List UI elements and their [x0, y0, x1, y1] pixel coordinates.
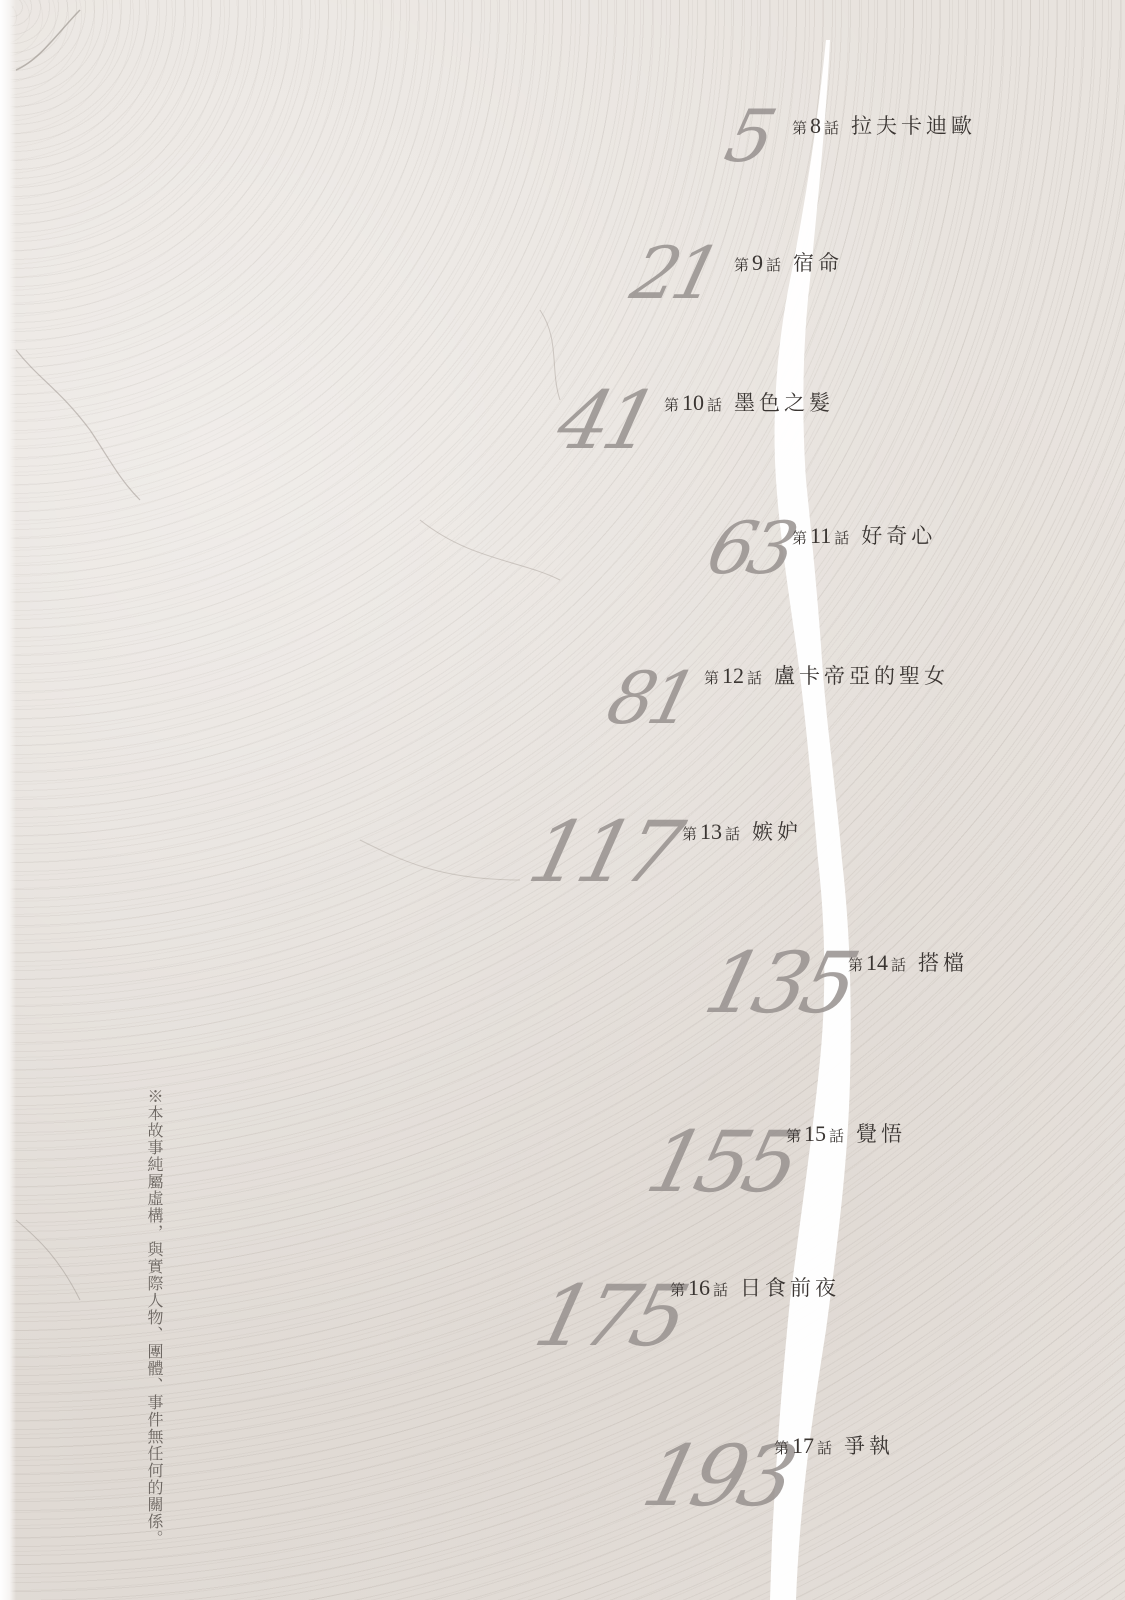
page-number: 117 — [522, 810, 685, 894]
chapter-title: 拉夫卡迪歐 — [851, 114, 976, 138]
page-number: 155 — [640, 1120, 803, 1204]
toc-entry[interactable]: 5 第8話拉夫卡迪歐 — [720, 90, 1020, 170]
chapter-title: 宿命 — [793, 251, 843, 275]
toc-entry[interactable]: 135 第14話搭檔 — [702, 925, 1002, 1005]
chapter-title: 爭執 — [844, 1434, 894, 1458]
toc-entry[interactable]: 117 第13話嫉妒 — [528, 790, 828, 870]
chapter-label: 第16話日食前夜 — [670, 1272, 840, 1302]
chapter-label: 第14話搭檔 — [848, 947, 968, 977]
toc-entry[interactable]: 193 第17話爭執 — [640, 1408, 940, 1488]
chapter-title: 覺悟 — [856, 1122, 906, 1146]
chapter-title: 盧卡帝亞的聖女 — [774, 664, 949, 688]
chapter-label: 第11話好奇心 — [792, 520, 936, 550]
toc-entry[interactable]: 81 第12話盧卡帝亞的聖女 — [604, 640, 984, 720]
page-number: 63 — [701, 512, 799, 584]
page-number: 135 — [698, 941, 861, 1025]
chapter-title: 搭檔 — [918, 951, 968, 975]
chapter-label: 第13話嫉妒 — [682, 816, 802, 846]
chapter-label: 第9話宿命 — [734, 247, 843, 277]
toc-entry[interactable]: 41 第10話墨色之髮 — [556, 365, 856, 445]
toc-entry[interactable]: 175 第16話日食前夜 — [534, 1250, 854, 1330]
toc-entry[interactable]: 21 第9話宿命 — [630, 225, 890, 305]
chapter-label: 第8話拉夫卡迪歐 — [792, 110, 976, 140]
chapter-label: 第12話盧卡帝亞的聖女 — [704, 660, 949, 690]
chapter-title: 嫉妒 — [752, 820, 802, 844]
page-number: 21 — [625, 237, 723, 309]
toc-entry[interactable]: 63 第11話好奇心 — [704, 500, 984, 580]
chapter-title: 日食前夜 — [740, 1276, 840, 1300]
chapter-label: 第15話覺悟 — [786, 1118, 906, 1148]
chapter-label: 第10話墨色之髮 — [664, 387, 834, 417]
chapter-label: 第17話爭執 — [774, 1430, 894, 1460]
fiction-disclaimer: ※本故事純屬虛構，與實際人物、團體、事件無任何的關係。 — [146, 1088, 166, 1547]
chapter-title: 好奇心 — [861, 524, 936, 548]
toc-entry[interactable]: 155 第15話覺悟 — [644, 1098, 944, 1178]
page-number: 175 — [528, 1274, 691, 1358]
page-number: 5 — [719, 100, 777, 172]
chapter-title: 墨色之髮 — [734, 391, 834, 415]
